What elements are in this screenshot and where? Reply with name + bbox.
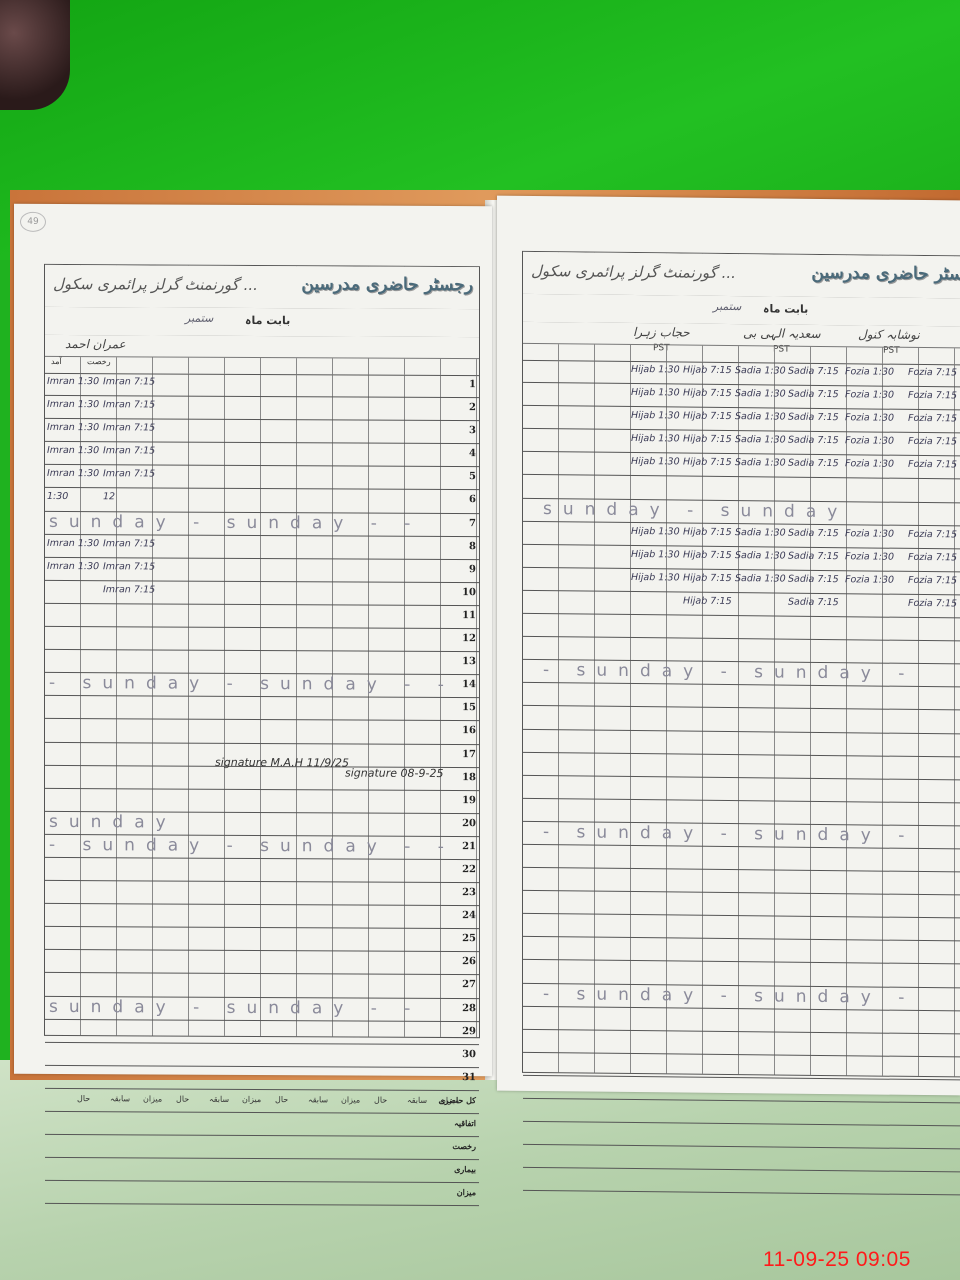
entry-t2-out: Sadia 7:15 — [788, 458, 839, 470]
right-page: رجسٹر حاضری مدرسین گورنمنٹ گرلز پرائمری … — [497, 196, 960, 1096]
day-number: 28 — [462, 1003, 476, 1014]
footer-row: اتفاقیہ — [45, 1112, 479, 1137]
day-number: 2 — [469, 402, 476, 413]
entry-t3-out: Fozia 7:15 — [908, 529, 957, 541]
day-number: 4 — [469, 448, 476, 459]
entry-t2-out: Sadia 7:15 — [788, 366, 839, 378]
entry-t2-out: Sadia 7:15 — [788, 412, 839, 424]
table-row: 30 — [45, 1043, 479, 1068]
sunday-mark: - sunday - sunday - — [543, 660, 915, 684]
day-number: 15 — [462, 702, 476, 713]
table-row: 11 — [45, 604, 479, 629]
printed-title: رجسٹر حاضری مدرسین — [301, 274, 473, 295]
footer-row-label: میزان — [457, 1187, 476, 1197]
day-number: 20 — [462, 818, 476, 829]
entry-out: 12 — [103, 492, 115, 503]
entry-t2-in: Sadia 1:30 — [735, 550, 786, 562]
entry-in: Imran 1:30 — [47, 399, 99, 410]
day-number: 1 — [469, 379, 476, 390]
table-row: 13 — [45, 650, 479, 675]
entry-t2-in: Sadia 1:30 — [735, 388, 786, 400]
table-row: 25 — [45, 927, 479, 952]
entry-in: Imran 1:30 — [47, 376, 99, 387]
day-number: 16 — [462, 726, 476, 737]
entry-t3-in: Fozia 1:30 — [845, 389, 894, 401]
handwritten-school-name: گورنمنٹ گرلز پرائمری سکول ... — [53, 275, 258, 294]
month-label: بابت ماہ — [763, 302, 808, 315]
teacher-header-row: عمران احمد آمد رخصت — [45, 335, 479, 376]
entry-in: Imran 1:30 — [47, 561, 99, 572]
table-row: 1Imran 1:30Imran 7:15 — [45, 373, 479, 398]
teacher-name-2: سعدیہ الہی بی — [743, 326, 821, 341]
left-page: 49 رجسٹر حاضری مدرسین گورنمنٹ گرلز پرائم… — [14, 204, 492, 1077]
day-rows: 1Imran 1:30Imran 7:152Imran 1:30Imran 7:… — [45, 373, 479, 1207]
entry-t1-out: Hijab 7:15 — [683, 365, 732, 377]
camera-timestamp: 11-09-25 09:05 — [763, 1248, 911, 1272]
teacher-name: عمران احمد — [65, 337, 126, 351]
table-row: 29 — [45, 1020, 479, 1045]
footer-row-label: رخصت — [452, 1141, 476, 1151]
day-number: 30 — [462, 1049, 476, 1060]
entry-in: Imran 1:30 — [47, 538, 99, 549]
table-row: 19 — [45, 789, 479, 814]
table-row: 10Imran 7:15 — [45, 581, 479, 606]
day-number: 10 — [462, 587, 476, 598]
entry-t1-in: Hijab 1:30 — [631, 433, 680, 445]
day-number: 8 — [469, 541, 476, 552]
day-number: 18 — [462, 772, 476, 783]
entry-t3-in: Fozia 1:30 — [845, 459, 894, 471]
entry-in: Imran 1:30 — [47, 445, 99, 456]
footer-col-label: حال — [176, 1095, 189, 1104]
table-row: 14- sunday - sunday - - — [45, 673, 479, 698]
day-number: 22 — [462, 864, 476, 875]
footer-row: میزان — [45, 1181, 479, 1206]
entry-t1-in: Hijab 1:30 — [631, 410, 680, 422]
footer-row: رخصت — [45, 1135, 479, 1160]
entry-t2-in: Sadia 1:30 — [735, 434, 786, 446]
teacher-name-1: نوشابہ کنول — [858, 327, 920, 342]
footer-col-label: میزان — [242, 1095, 261, 1104]
page-number: 49 — [20, 212, 46, 232]
title-row: رجسٹر حاضری مدرسین گورنمنٹ گرلز پرائمری … — [45, 265, 479, 310]
table-row: 21- sunday - sunday - - — [45, 835, 479, 860]
table-row: 5Imran 1:30Imran 7:15 — [45, 465, 479, 490]
table-row: 12 — [45, 627, 479, 652]
table-row: 8Imran 1:30Imran 7:15 — [45, 535, 479, 560]
sunday-mark: - sunday - sunday - - — [49, 673, 455, 695]
signature-2: signature 08-9-25 — [345, 766, 443, 780]
entry-t3-in: Fozia 1:30 — [845, 436, 894, 448]
entry-t1-out: Hijab 7:15 — [683, 572, 732, 584]
attendance-grid-left: رجسٹر حاضری مدرسین گورنمنٹ گرلز پرائمری … — [44, 264, 480, 1038]
table-row: 4Imran 1:30Imran 7:15 — [45, 442, 479, 467]
day-number: 24 — [462, 910, 476, 921]
entry-t1-out: Hijab 7:15 — [683, 549, 732, 561]
table-row: 2Imran 1:30Imran 7:15 — [45, 396, 479, 421]
attendance-grid-right: رجسٹر حاضری مدرسین گورنمنٹ گرلز پرائمری … — [522, 251, 960, 1078]
day-number: 7 — [469, 518, 476, 529]
col-header-in: آمد — [51, 357, 62, 366]
entry-t3-out: Fozia 7:15 — [908, 390, 957, 402]
table-row: 20sunday — [45, 812, 479, 837]
entry-t1-out: Hijab 7:15 — [683, 595, 732, 607]
entry-t2-in: Sadia 1:30 — [735, 573, 786, 585]
day-number: 19 — [462, 795, 476, 806]
day-number: 3 — [469, 425, 476, 436]
entry-t1-out: Hijab 7:15 — [683, 411, 732, 423]
table-row: 61:3012 — [45, 488, 479, 513]
entry-out: Imran 7:15 — [103, 538, 155, 549]
day-number: 11 — [462, 610, 476, 621]
footer-col-label: میزان — [341, 1095, 360, 1104]
entry-t2-in: Sadia 1:30 — [735, 457, 786, 469]
table-row: 9Imran 1:30Imran 7:15 — [45, 558, 479, 583]
sunday-mark: sunday - sunday - - — [49, 511, 421, 533]
entry-t1-out: Hijab 7:15 — [683, 526, 732, 538]
table-row: 16 — [45, 719, 479, 744]
entry-t2-out: Sadia 7:15 — [788, 435, 839, 447]
entry-t1-out: Hijab 7:15 — [683, 457, 732, 469]
entry-in: Imran 1:30 — [47, 422, 99, 433]
table-row: 27 — [45, 973, 479, 998]
table-row: 28sunday - sunday - - — [45, 996, 479, 1021]
entry-in: 1:30 — [47, 491, 68, 502]
entry-out: Imran 7:15 — [103, 399, 155, 410]
entry-t1-in: Hijab 1:30 — [631, 387, 680, 399]
entry-t3-out: Fozia 7:15 — [908, 413, 957, 425]
entry-t2-out: Sadia 7:15 — [788, 573, 839, 585]
handwritten-school-name: گورنمنٹ گرلز پرائمری سکول ... — [531, 262, 736, 282]
month-row: بابت ماہ ستمبر — [45, 307, 479, 338]
table-row: 31 — [45, 1066, 479, 1091]
table-row: 7sunday - sunday - - — [45, 511, 479, 536]
entry-t2-out: Sadia 7:15 — [788, 527, 839, 539]
signature-1: signature M.A.H 11/9/25 — [215, 756, 349, 770]
entry-t3-out: Fozia 7:15 — [908, 598, 957, 610]
day-number: 9 — [469, 564, 476, 575]
footer-col-label: سابقہ — [110, 1094, 130, 1103]
entry-t1-in: Hijab 1:30 — [631, 526, 680, 538]
table-row: 23 — [45, 881, 479, 906]
entry-t3-in: Fozia 1:30 — [845, 551, 894, 563]
table-row: 22 — [45, 858, 479, 883]
footer-col-label: سابقہ — [407, 1096, 427, 1105]
entry-t1-in: Hijab 1:30 — [631, 456, 680, 468]
entry-t3-out: Fozia 7:15 — [908, 552, 957, 564]
entry-out: Imran 7:15 — [103, 584, 155, 595]
table-row: 15 — [45, 696, 479, 721]
entry-t3-out: Fozia 7:15 — [908, 575, 957, 587]
footer-row: کل حاضریمیزانسابقہحالمیزانسابقہحالمیزانس… — [45, 1089, 479, 1114]
day-number: 13 — [462, 656, 476, 667]
day-number: 29 — [462, 1026, 476, 1037]
footer-col-label: میزان — [143, 1094, 162, 1103]
entry-t1-out: Hijab 7:15 — [683, 434, 732, 446]
sunday-mark: - sunday - sunday - — [543, 984, 915, 1008]
day-number: 21 — [462, 841, 476, 852]
sunday-mark: sunday - sunday - - — [49, 996, 421, 1018]
entry-t1-in: Hijab 1:30 — [631, 364, 680, 376]
day-number: 26 — [462, 956, 476, 967]
entry-t3-in: Fozia 1:30 — [845, 412, 894, 424]
footer-row-label: بیماری — [454, 1164, 476, 1174]
sunday-mark: sunday — [49, 812, 177, 833]
entry-t3-in: Fozia 1:30 — [845, 574, 894, 586]
entry-out: Imran 7:15 — [103, 445, 155, 456]
day-number: 12 — [462, 633, 476, 644]
entry-out: Imran 7:15 — [103, 469, 155, 480]
footer-col-label: سابقہ — [308, 1095, 328, 1104]
entry-t3-in: Fozia 1:30 — [845, 366, 894, 378]
entry-t2-out: Sadia 7:15 — [788, 597, 839, 609]
sunday-mark: - sunday - sunday - — [543, 822, 915, 846]
entry-t1-out: Hijab 7:15 — [683, 388, 732, 400]
dark-object-corner — [0, 0, 70, 110]
day-number: 17 — [462, 749, 476, 760]
day-number: 6 — [469, 495, 476, 506]
entry-t2-out: Sadia 7:15 — [788, 550, 839, 562]
entry-t1-in: Hijab 1:30 — [631, 572, 680, 584]
entry-t2-in: Sadia 1:30 — [735, 411, 786, 423]
day-number: 23 — [462, 887, 476, 898]
footer-col-label: حال — [275, 1095, 288, 1104]
footer-row-label: اتفاقیہ — [454, 1118, 476, 1128]
teacher-header-row: حجاب زہرا PST سعدیہ الہی بی PST نوشابہ ک… — [523, 322, 960, 366]
entry-t2-out: Sadia 7:15 — [788, 389, 839, 401]
entry-t3-in: Fozia 1:30 — [845, 528, 894, 540]
footer-col-label: میزان — [440, 1096, 459, 1105]
table-row: 24 — [45, 904, 479, 929]
footer-row: بیماری — [45, 1158, 479, 1183]
month-value: ستمبر — [185, 312, 213, 325]
entry-out: Imran 7:15 — [103, 422, 155, 433]
title-row: رجسٹر حاضری مدرسین گورنمنٹ گرلز پرائمری … — [523, 252, 960, 300]
sunday-mark: sunday - sunday — [543, 499, 848, 522]
entry-t2-in: Sadia 1:30 — [735, 365, 786, 377]
entry-t3-out: Fozia 7:15 — [908, 459, 957, 471]
sunday-mark: - sunday - sunday - - — [49, 835, 455, 857]
table-row: 3Imran 1:30Imran 7:15 — [45, 419, 479, 444]
entry-t3-out: Fozia 7:15 — [908, 367, 957, 379]
month-value: ستمبر — [713, 300, 741, 313]
entry-t3-out: Fozia 7:15 — [908, 436, 957, 448]
month-label: بابت ماہ — [245, 314, 290, 327]
day-number: 31 — [462, 1072, 476, 1083]
table-row: 26 — [45, 950, 479, 975]
entry-in: Imran 1:30 — [47, 468, 99, 479]
day-number: 25 — [462, 933, 476, 944]
entry-t2-in: Sadia 1:30 — [735, 527, 786, 539]
day-number: 14 — [462, 679, 476, 690]
day-rows: Hijab 1:30Hijab 7:15Sadia 1:30Sadia 7:15… — [523, 360, 960, 1196]
day-number: 27 — [462, 980, 476, 991]
printed-title: رجسٹر حاضری مدرسین — [811, 263, 960, 285]
entry-out: Imran 7:15 — [103, 561, 155, 572]
day-number: 5 — [469, 472, 476, 483]
entry-out: Imran 7:15 — [103, 376, 155, 387]
footer-col-label: حال — [374, 1096, 387, 1105]
col-header-out: رخصت — [87, 357, 111, 366]
footer-col-label: سابقہ — [209, 1095, 229, 1104]
teacher-name-3: حجاب زہرا — [633, 325, 690, 340]
footer-col-label: حال — [77, 1094, 90, 1103]
entry-t1-in: Hijab 1:30 — [631, 549, 680, 561]
table-row — [523, 1168, 960, 1196]
